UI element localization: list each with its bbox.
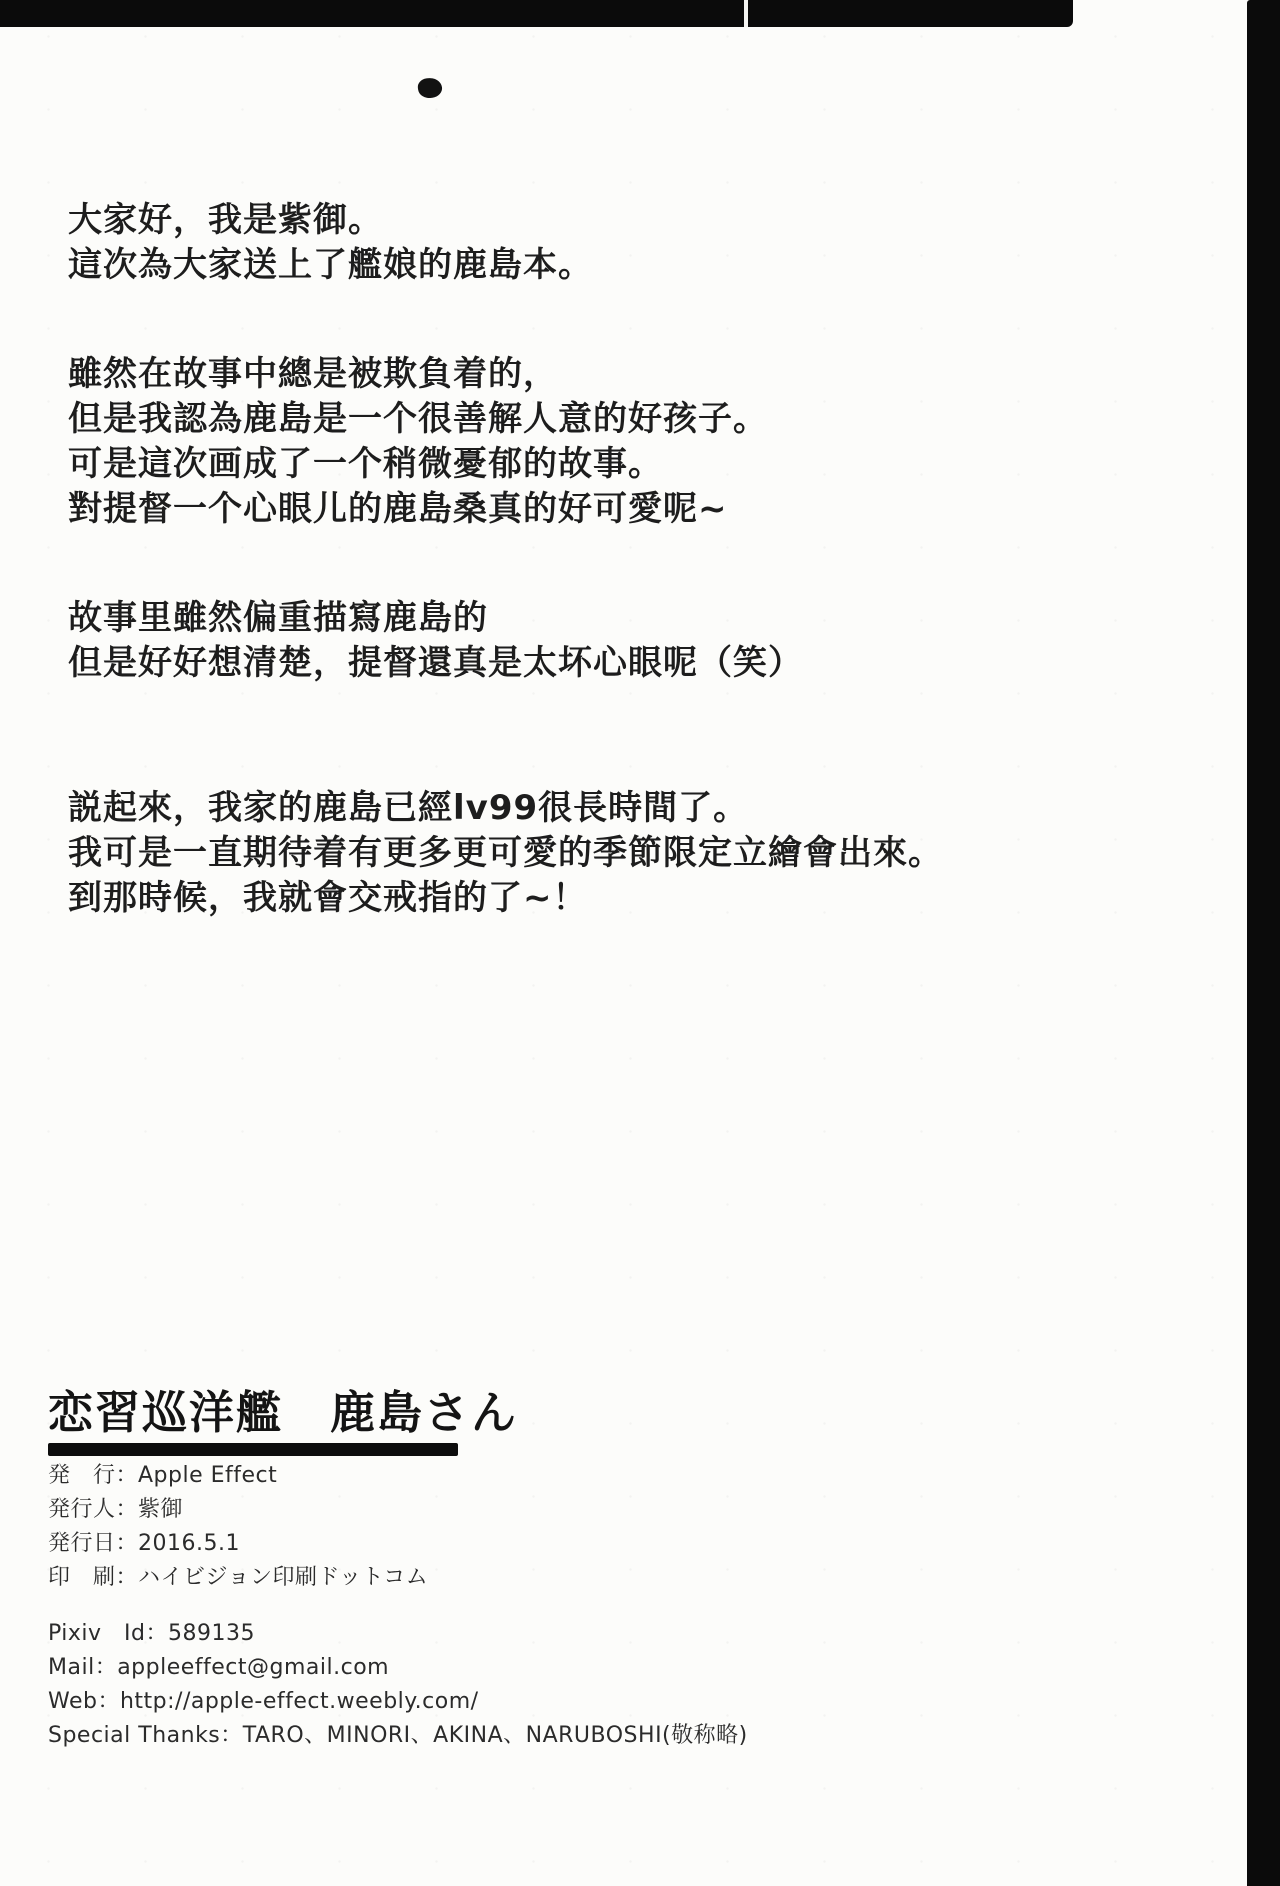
afterword-line: 對提督一个心眼儿的鹿島桑真的好可愛呢~ — [68, 487, 1188, 532]
colophon-row-printer: 印 刷：ハイビジョン印刷ドットコム — [48, 1561, 428, 1595]
afterword-line: 故事里雖然偏重描寫鹿島的 — [68, 596, 1188, 641]
colophon-row-special-thanks: Special Thanks：TARO、MINORI、AKINA、NARUBOS… — [48, 1719, 748, 1753]
afterword-paragraph: 大家好，我是紫御。 這次為大家送上了艦娘的鹿島本。 — [68, 198, 1188, 288]
afterword-line: 但是我認為鹿島是一个很善解人意的好孩子。 — [68, 397, 1188, 442]
afterword-line: 説起來，我家的鹿島已經lv99很長時間了。 — [68, 786, 1188, 831]
scanned-afterword-page: 大家好，我是紫御。 這次為大家送上了艦娘的鹿島本。 雖然在故事中總是被欺負着的，… — [0, 0, 1280, 1886]
colophon-row-author: 発行人：紫御 — [48, 1493, 428, 1527]
afterword-line: 這次為大家送上了艦娘的鹿島本。 — [68, 243, 1188, 288]
scan-border-right — [1247, 0, 1280, 1886]
colophon-row-mail: Mail：appleeffect@gmail.com — [48, 1651, 748, 1685]
colophon-publisher-block: 発 行：Apple Effect 発行人：紫御 発行日：2016.5.1 印 刷… — [48, 1459, 428, 1595]
afterword-line: 可是這次画成了一个稍微憂郁的故事。 — [68, 442, 1188, 487]
afterword-line: 我可是一直期待着有更多更可愛的季節限定立繪會出來。 — [68, 831, 1188, 876]
colophon-row-date: 発行日：2016.5.1 — [48, 1527, 428, 1561]
ink-smudge-artifact — [417, 76, 444, 99]
afterword-line: 雖然在故事中總是被欺負着的， — [68, 352, 1188, 397]
afterword-paragraph: 雖然在故事中總是被欺負着的， 但是我認為鹿島是一个很善解人意的好孩子。 可是這次… — [68, 352, 1188, 532]
colophon-row-web: Web：http://apple-effect.weebly.com/ — [48, 1685, 748, 1719]
colophon-row-publisher: 発 行：Apple Effect — [48, 1459, 428, 1493]
title-underline-bar — [48, 1443, 458, 1456]
colophon-contact-block: Pixiv Id：589135 Mail：appleeffect@gmail.c… — [48, 1617, 748, 1753]
colophon-row-pixiv: Pixiv Id：589135 — [48, 1617, 748, 1651]
afterword-line: 到那時候，我就會交戒指的了~！ — [68, 876, 1188, 921]
afterword-paragraph: 説起來，我家的鹿島已經lv99很長時間了。 我可是一直期待着有更多更可愛的季節限… — [68, 786, 1188, 921]
afterword-line: 大家好，我是紫御。 — [68, 198, 1188, 243]
afterword-text: 大家好，我是紫御。 這次為大家送上了艦娘的鹿島本。 雖然在故事中總是被欺負着的，… — [68, 198, 1188, 985]
afterword-line: 但是好好想清楚，提督還真是太坏心眼呢（笑） — [68, 641, 1188, 686]
doujin-title: 恋習巡洋艦 鹿島さん — [48, 1376, 518, 1441]
afterword-paragraph: 故事里雖然偏重描寫鹿島的 但是好好想清楚，提督還真是太坏心眼呢（笑） — [68, 596, 1188, 686]
scan-border-top — [0, 0, 1073, 27]
